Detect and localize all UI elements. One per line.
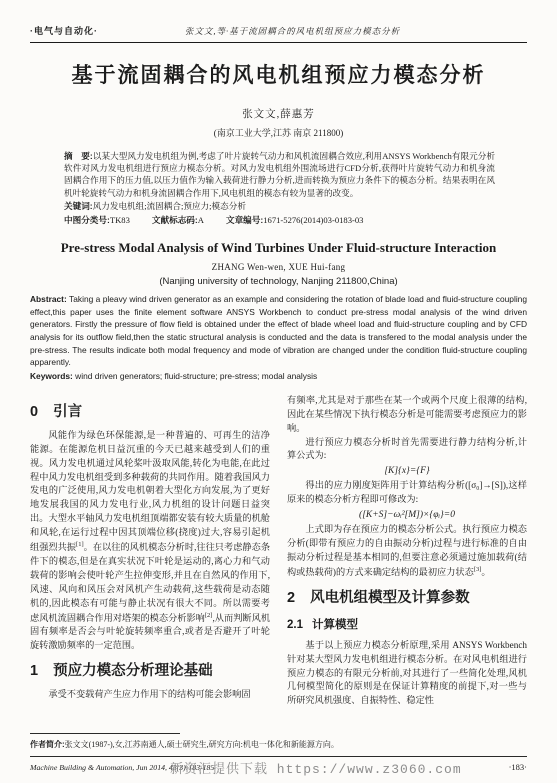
- authors-cn: 张文文,薛惠芳: [30, 106, 527, 121]
- journal-section-label: ·电气与自动化·: [30, 24, 98, 37]
- page-number: ·183·: [509, 762, 527, 772]
- section-1-continuation: 有频率,尤其是对于那些在某一个或两个尺度上很薄的结构,因此在某些情况下执行模态分…: [287, 394, 527, 436]
- author-bio-label: 作者简介:: [30, 740, 65, 749]
- left-column: 0引言 风能作为绿色环保能源,是一种普遍的、可再生的洁净能源。在能源危机日益沉重…: [30, 394, 270, 710]
- page-footer: 作者简介:张文文(1987-),女,江苏南通人,硕士研究生,研究方向:机电一体化…: [30, 733, 527, 778]
- classification-row: 中图分类号:TK83 文献标志码:A 文章编号:1671-5276(2014)0…: [64, 214, 495, 226]
- section-2-heading: 2风电机组模型及计算参数: [287, 586, 527, 607]
- article-id: 文章编号:1671-5276(2014)03-0183-03: [226, 214, 364, 226]
- citation-1: [1]: [76, 541, 84, 548]
- running-title: 张文文,等·基于流固耦合的风电机组预应力模态分析: [98, 25, 527, 37]
- paper-title-cn: 基于流固耦合的风电机组预应力模态分析: [30, 59, 527, 89]
- clc-number: 中图分类号:TK83: [64, 214, 130, 226]
- intro-paragraph: 风能作为绿色环保能源,是一种普遍的、可再生的洁净能源。在能源危机日益沉重的今天已…: [30, 429, 270, 653]
- abstract-label-cn: 摘 要:: [64, 151, 93, 161]
- running-head: ·电气与自动化· 张文文,等·基于流固耦合的风电机组预应力模态分析: [30, 24, 527, 37]
- abstract-text-en: Taking a pleavy wind driven generator as…: [30, 294, 527, 367]
- right-column: 有频率,尤其是对于那些在某一个或两个尺度上很薄的结构,因此在某些情况下执行模态分…: [287, 394, 527, 710]
- affiliation-en: (Nanjing university of technology, Nanji…: [30, 276, 527, 287]
- footer-rule: [30, 756, 527, 757]
- keywords-text-cn: 风力发电机组;流固耦合;预应力;模态分析: [93, 201, 246, 211]
- authors-en: ZHANG Wen-wen, XUE Hui-fang: [30, 262, 527, 272]
- abstract-label-en: Abstract:: [30, 294, 67, 304]
- keywords-label-cn: 关键词:: [64, 201, 93, 211]
- keywords-cn: 关键词:风力发电机组;流固耦合;预应力;模态分析: [64, 200, 495, 212]
- abstract-en: Abstract: Taking a pleavy wind driven ge…: [30, 293, 527, 369]
- section-1-paragraph-2: 进行预应力模态分析时首先需要进行静力结构分析,计算公式为:: [287, 436, 527, 464]
- abstract-cn: 摘 要:以某大型风力发电机组为例,考虑了叶片旋转气动力和风机流固耦合效应,利用A…: [64, 150, 495, 199]
- section-1-paragraph-3: 得出的应力刚度矩阵用于计算结构分析([σ₀]→[S]),这样原来的模态分析方程即…: [287, 479, 527, 507]
- equation-modal: ([K+S]−ωᵢ²[M])×{φᵢ}=0: [287, 510, 527, 520]
- body-columns: 0引言 风能作为绿色环保能源,是一种普遍的、可再生的洁净能源。在能源危机日益沉重…: [30, 394, 527, 710]
- section-1-heading: 1预应力模态分析理论基础: [30, 659, 270, 680]
- abstract-block-cn: 摘 要:以某大型风力发电机组为例,考虑了叶片旋转气动力和风机流固耦合效应,利用A…: [64, 150, 495, 226]
- section-2-1-heading: 2.1计算模型: [287, 616, 527, 632]
- keywords-en: Keywords: wind driven generators; fluid-…: [30, 371, 527, 381]
- section-0-heading: 0引言: [30, 400, 270, 421]
- footnote-divider: [30, 733, 180, 734]
- section-1-paragraph: 承受不变载荷产生应力作用下的结构可能会影响固: [30, 688, 270, 702]
- paper-page: ·电气与自动化· 张文文,等·基于流固耦合的风电机组预应力模态分析 基于流固耦合…: [0, 0, 557, 783]
- section-2-paragraph: 基于以上预应力模态分析原理,采用 ANSYS Workbench 针对某大型风力…: [287, 639, 527, 708]
- author-bio-text: 张文文(1987-),女,江苏南通人,硕士研究生,研究方向:机电一体化和新能源方…: [65, 740, 339, 749]
- header-rule: [30, 42, 527, 43]
- affiliation-cn: (南京工业大学,江苏 南京 211800): [30, 126, 527, 139]
- equation-static: [K]{x}={F}: [287, 466, 527, 476]
- keywords-label-en: Keywords:: [30, 371, 73, 381]
- paper-title-en: Pre-stress Modal Analysis of Wind Turbin…: [30, 240, 527, 256]
- author-bio: 作者简介:张文文(1987-),女,江苏南通人,硕士研究生,研究方向:机电一体化…: [30, 739, 527, 750]
- abstract-text-cn: 以某大型风力发电机组为例,考虑了叶片旋转气动力和风机流固耦合效应,利用ANSYS…: [64, 151, 495, 198]
- section-1-paragraph-4: 上式即为存在预应力的模态分析公式。执行预应力模态分析(即带有预应力的自由振动分析…: [287, 523, 527, 580]
- keywords-text-en: wind driven generators; fluid-structure;…: [75, 371, 317, 381]
- download-watermark: 新资汇提供下载 https://www.z3060.com: [170, 758, 462, 777]
- document-code: 文献标志码:A: [152, 214, 204, 226]
